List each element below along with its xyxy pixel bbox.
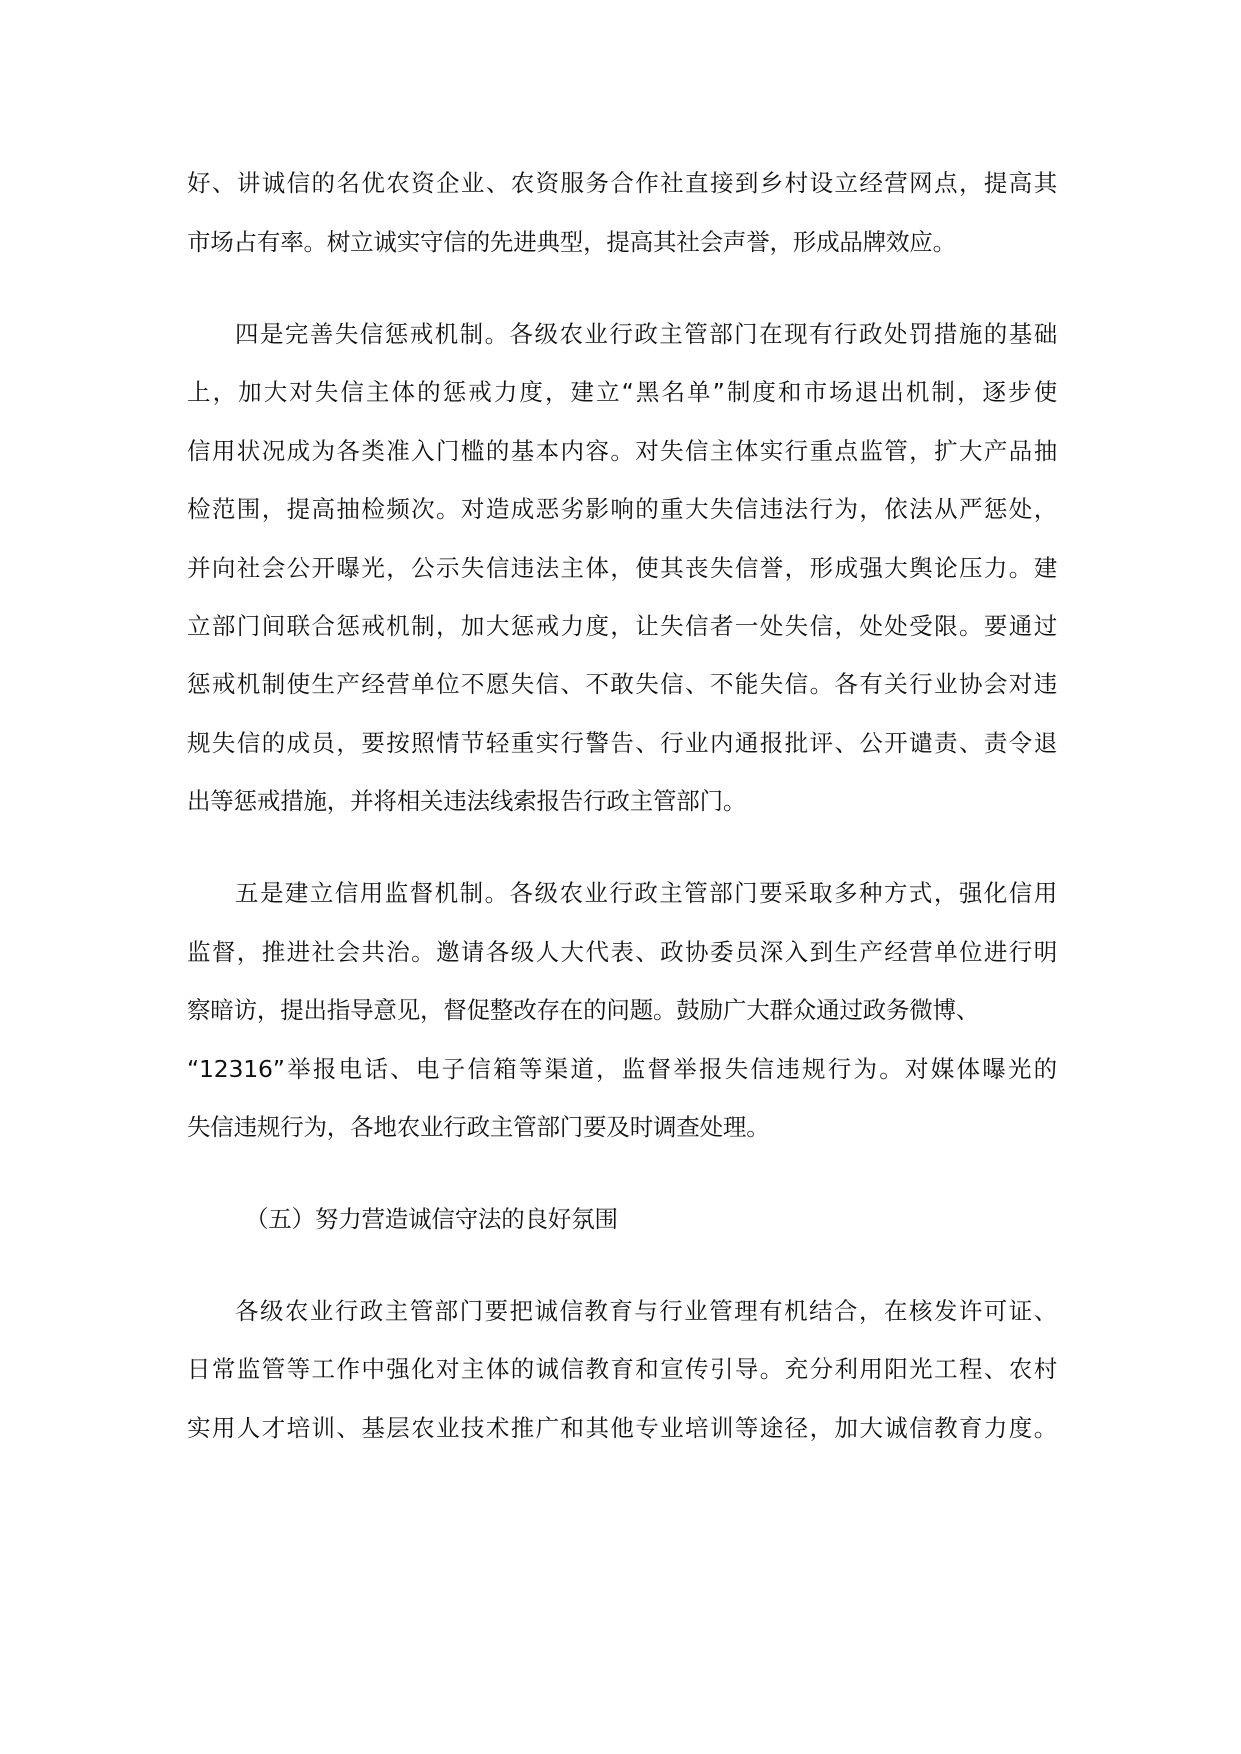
text-line: 惩戒机制使生产经营单位不愿失信、不敢失信、不能失信。各有关行业协会对违 [187, 668, 1057, 700]
text-line: 四是完善失信惩戒机制。各级农业行政主管部门在现有行政处罚措施的基础 [235, 318, 1057, 350]
text-line: 上，加大对失信主体的惩戒力度，建立“黑名单”制度和市场退出机制，逐步使 [187, 376, 1057, 408]
text-line: 五是建立信用监督机制。各级农业行政主管部门要采取多种方式，强化信用 [235, 877, 1057, 909]
text-line: 察暗访，提出指导意见，督促整改存在的问题。鼓励广大群众通过政务微博、 [187, 994, 1057, 1026]
text-line: 检范围，提高抽检频次。对造成恶劣影响的重大失信违法行为，依法从严惩处， [187, 493, 1057, 525]
text-line: 日常监管等工作中强化对主体的诚信教育和宣传引导。充分利用阳光工程、农村 [187, 1353, 1057, 1385]
text-line: 实用人才培训、基层农业技术推广和其他专业培训等途径，加大诚信教育力度。 [187, 1412, 1057, 1444]
text-line: 好、讲诚信的名优农资企业、农资服务合作社直接到乡村设立经营网点，提高其 [187, 167, 1057, 199]
text-line: 规失信的成员，要按照情节轻重实行警告、行业内通报批评、公开谴责、责令退 [187, 727, 1057, 759]
text-line: 各级农业行政主管部门要把诚信教育与行业管理有机结合，在核发许可证、 [235, 1295, 1057, 1327]
text-line: 信用状况成为各类准入门槛的基本内容。对失信主体实行重点监管，扩大产品抽 [187, 435, 1057, 467]
document-page: 好、讲诚信的名优农资企业、农资服务合作社直接到乡村设立经营网点，提高其 市场占有… [0, 0, 1241, 1754]
text-line: “12316”举报电话、电子信箱等渠道，监督举报失信违规行为。对媒体曝光的 [187, 1053, 1057, 1085]
text-line: 监督，推进社会共治。邀请各级人大代表、政协委员深入到生产经营单位进行明 [187, 936, 1057, 968]
text-line: 出等惩戒措施，并将相关违法线索报告行政主管部门。 [187, 785, 1057, 817]
text-line: 立部门间联合惩戒机制，加大惩戒力度，让失信者一处失信，处处受限。要通过 [187, 610, 1057, 642]
text-line: 市场占有率。树立诚实守信的先进典型，提高其社会声誉，形成品牌效应。 [187, 226, 1057, 258]
text-line: 失信违规行为，各地农业行政主管部门要及时调查处理。 [187, 1111, 1057, 1143]
section-heading-text: （五）努力营造诚信守法的良好氛围 [245, 1203, 618, 1235]
text-line: 并向社会公开曝光，公示失信违法主体，使其丧失信誉，形成强大舆论压力。建 [187, 552, 1057, 584]
